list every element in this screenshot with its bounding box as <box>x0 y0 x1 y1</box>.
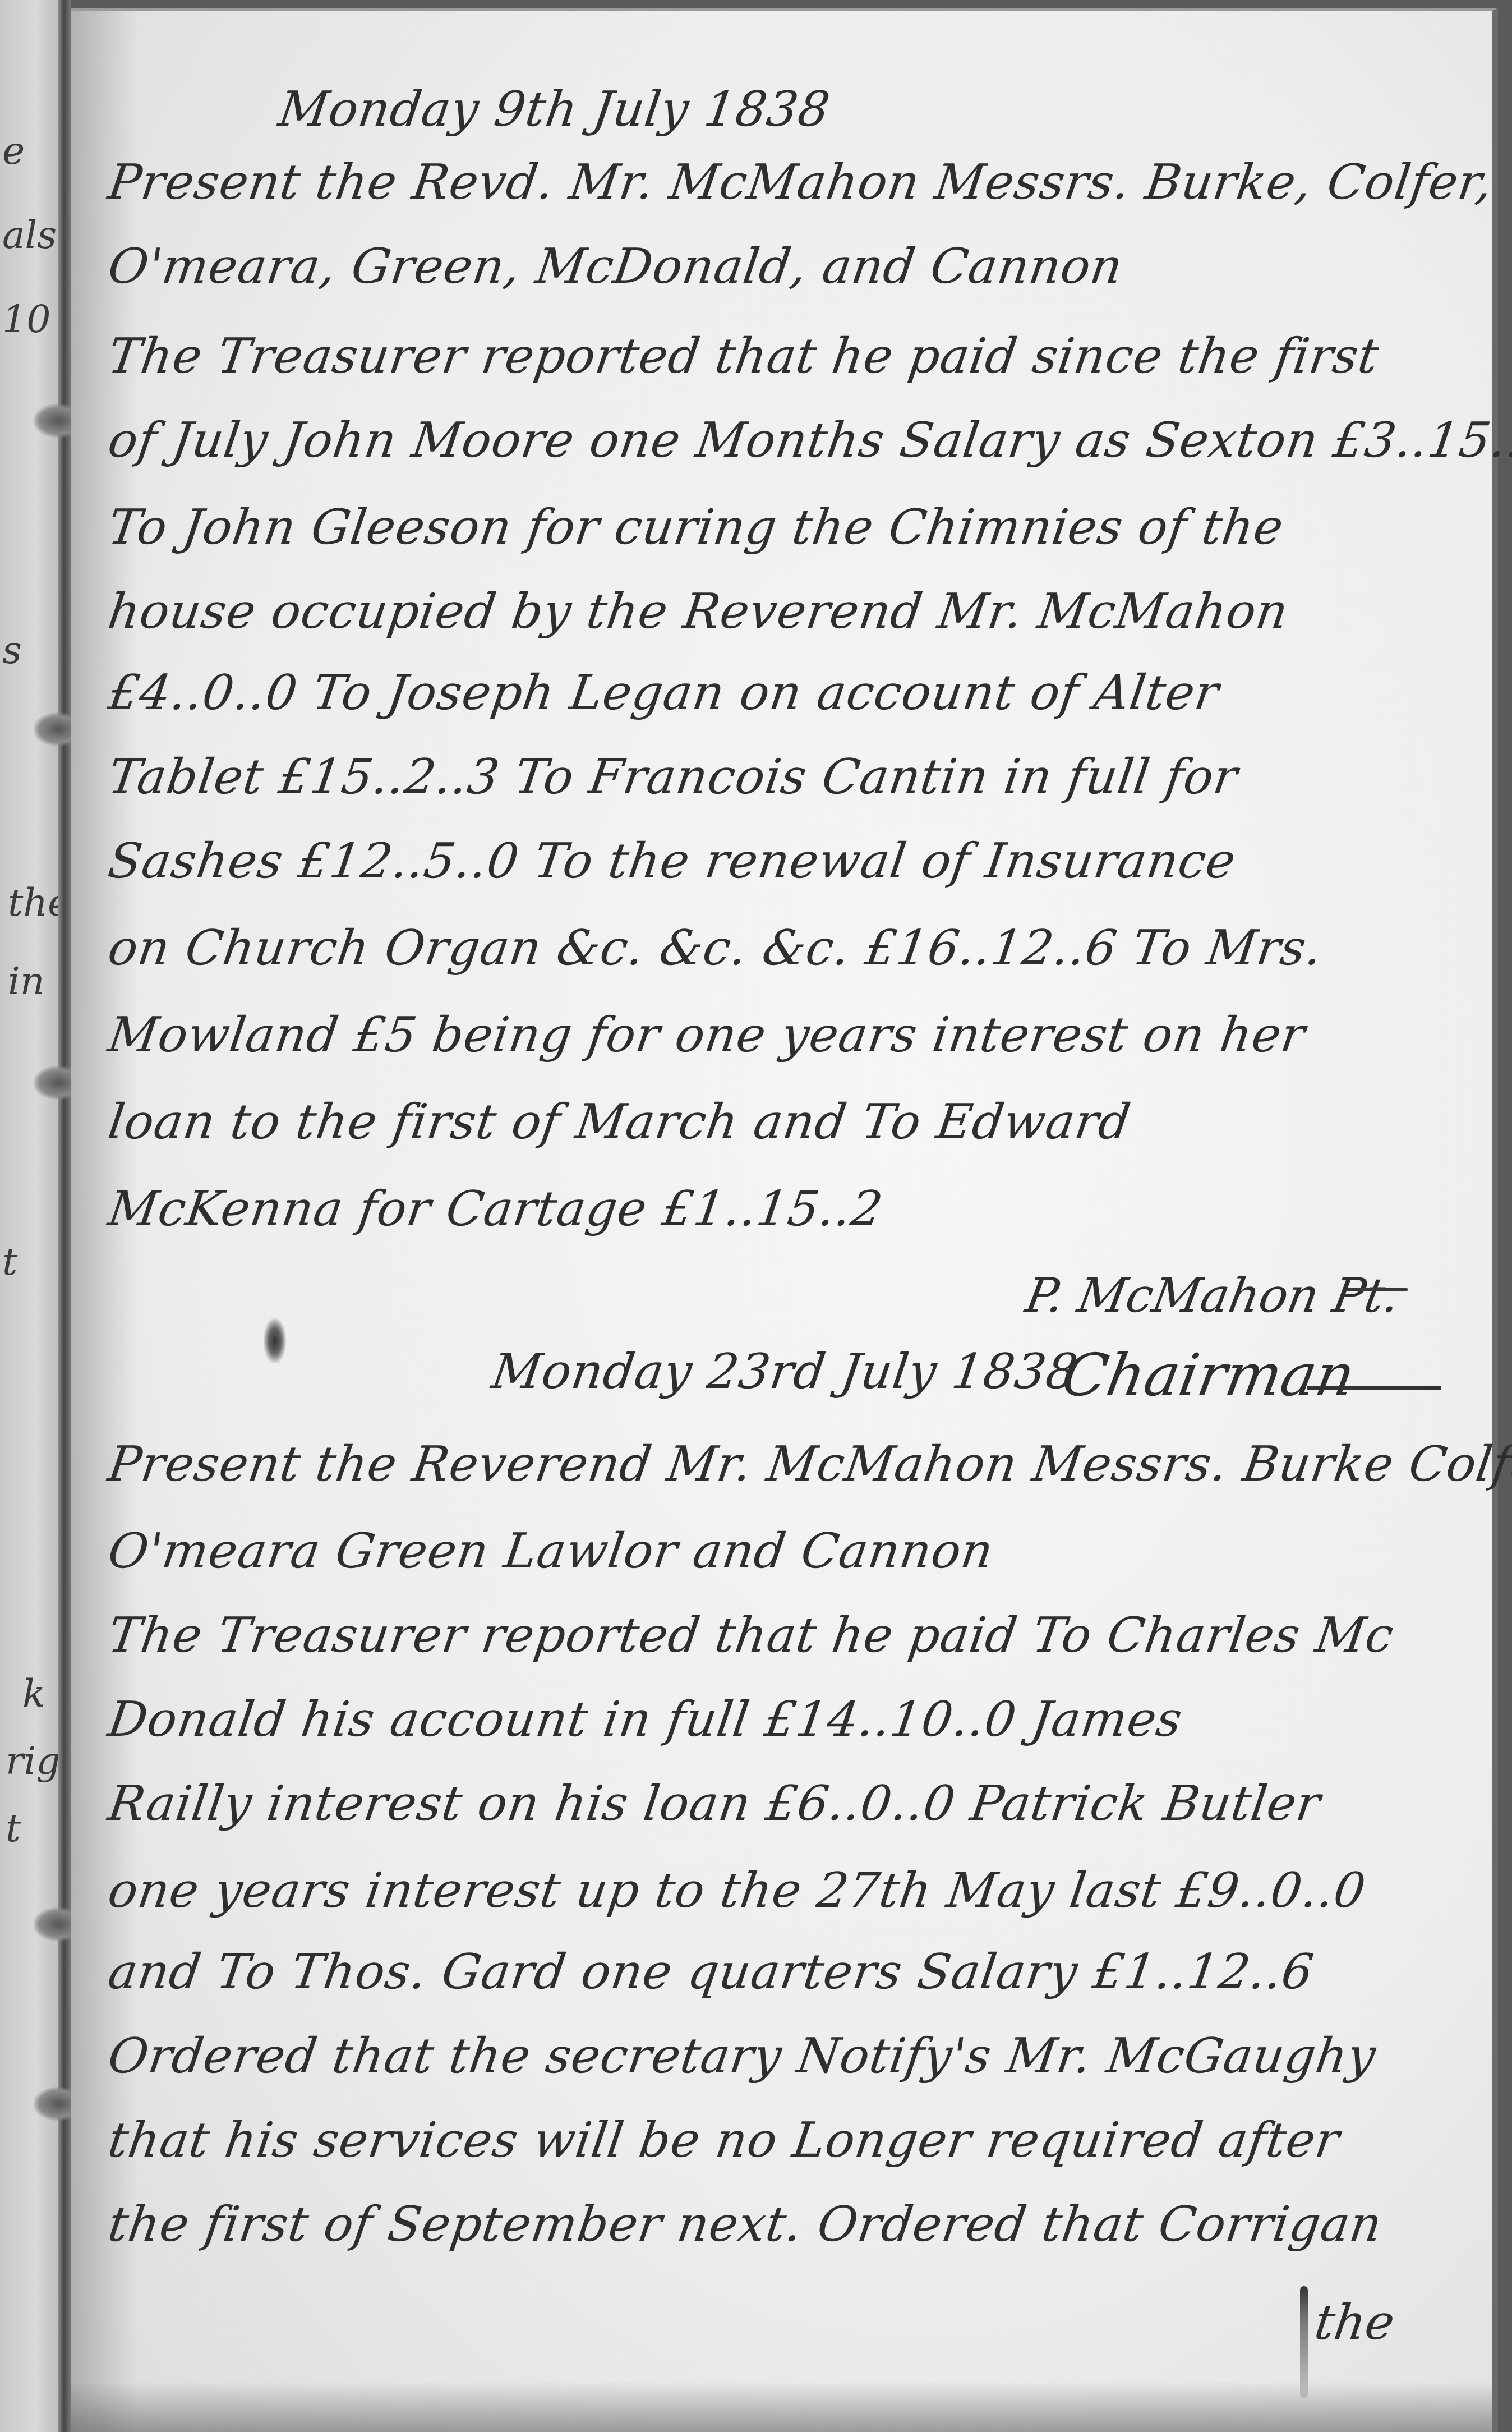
minute-line: of July John Moore one Months Salary as … <box>104 410 1448 471</box>
minute-line: £4..0..0 To Joseph Legan on account of A… <box>104 662 1448 724</box>
minute-line: The Treasurer reported that he paid sinc… <box>104 325 1448 387</box>
page-bottom-shadow <box>71 2382 1492 2432</box>
minute-line: that his services will be no Longer requ… <box>104 2109 1448 2171</box>
facing-page-fragment: t <box>2 1240 17 1284</box>
facing-page-fragment: 10 <box>2 297 51 342</box>
minute-line: Present the Reverend Mr. McMahon Messrs.… <box>104 1433 1448 1495</box>
chairman-label: Chairman <box>1057 1341 1360 1409</box>
facing-page-fragment: in <box>8 959 45 1004</box>
minute-line: Present the Revd. Mr. McMahon Messrs. Bu… <box>104 151 1448 213</box>
facing-page-fragment: rig <box>6 1739 61 1783</box>
minute-line: and To Thos. Gard one quarters Salary £1… <box>104 1941 1448 2003</box>
signature-flourish <box>1346 1288 1408 1291</box>
minute-line: one years interest up to the 27th May la… <box>104 1860 1448 1921</box>
facing-page-fragment: s <box>2 628 22 673</box>
minute-line: O'meara Green Lawlor and Cannon <box>104 1520 1448 1582</box>
facing-page-fragment: t <box>6 1806 21 1851</box>
catchword: the <box>1311 2295 1398 2351</box>
chairman-signature: P. McMahon Pt. <box>1021 1268 1404 1323</box>
entry-heading-2: Monday 23rd July 1838 <box>488 1341 1512 1403</box>
minute-line: The Treasurer reported that he paid To C… <box>104 1605 1448 1666</box>
minute-line: To John Gleeson for curing the Chimnies … <box>104 496 1448 558</box>
facing-page-fragment: e <box>2 129 25 173</box>
minute-line: loan to the first of March and To Edward <box>104 1091 1448 1153</box>
minute-line: Railly interest on his loan £6..0..0 Pat… <box>104 1773 1448 1835</box>
minute-line: Mowland £5 being for one years interest … <box>104 1004 1448 1066</box>
entry-heading-1: Monday 9th July 1838 <box>275 79 1512 140</box>
minute-line: Donald his account in full £14..10..0 Ja… <box>104 1689 1448 1750</box>
minute-line: Sashes £12..5..0 To the renewal of Insur… <box>104 830 1448 892</box>
minute-line: house occupied by the Reverend Mr. McMah… <box>104 581 1448 642</box>
facing-page-strip: e alse 10 s the in t k rig t <box>0 0 66 2432</box>
book-gutter <box>58 0 71 2432</box>
ink-blot <box>264 1318 286 1363</box>
minute-line: Ordered that the secretary Notify's Mr. … <box>104 2025 1448 2087</box>
facing-page-fragment: k <box>22 1672 45 1716</box>
minute-line: on Church Organ &c. &c. &c. £16..12..6 T… <box>104 917 1448 979</box>
chairman-underline <box>1307 1386 1441 1390</box>
minute-line: O'meara, Green, McDonald, and Cannon <box>104 236 1448 297</box>
ink-stain <box>1300 2286 1308 2398</box>
minute-line: McKenna for Cartage £1..15..2 <box>104 1178 1448 1240</box>
minute-line: the first of September next. Ordered tha… <box>104 2194 1448 2255</box>
minute-line: Tablet £15..2..3 To Francois Cantin in f… <box>104 746 1448 808</box>
